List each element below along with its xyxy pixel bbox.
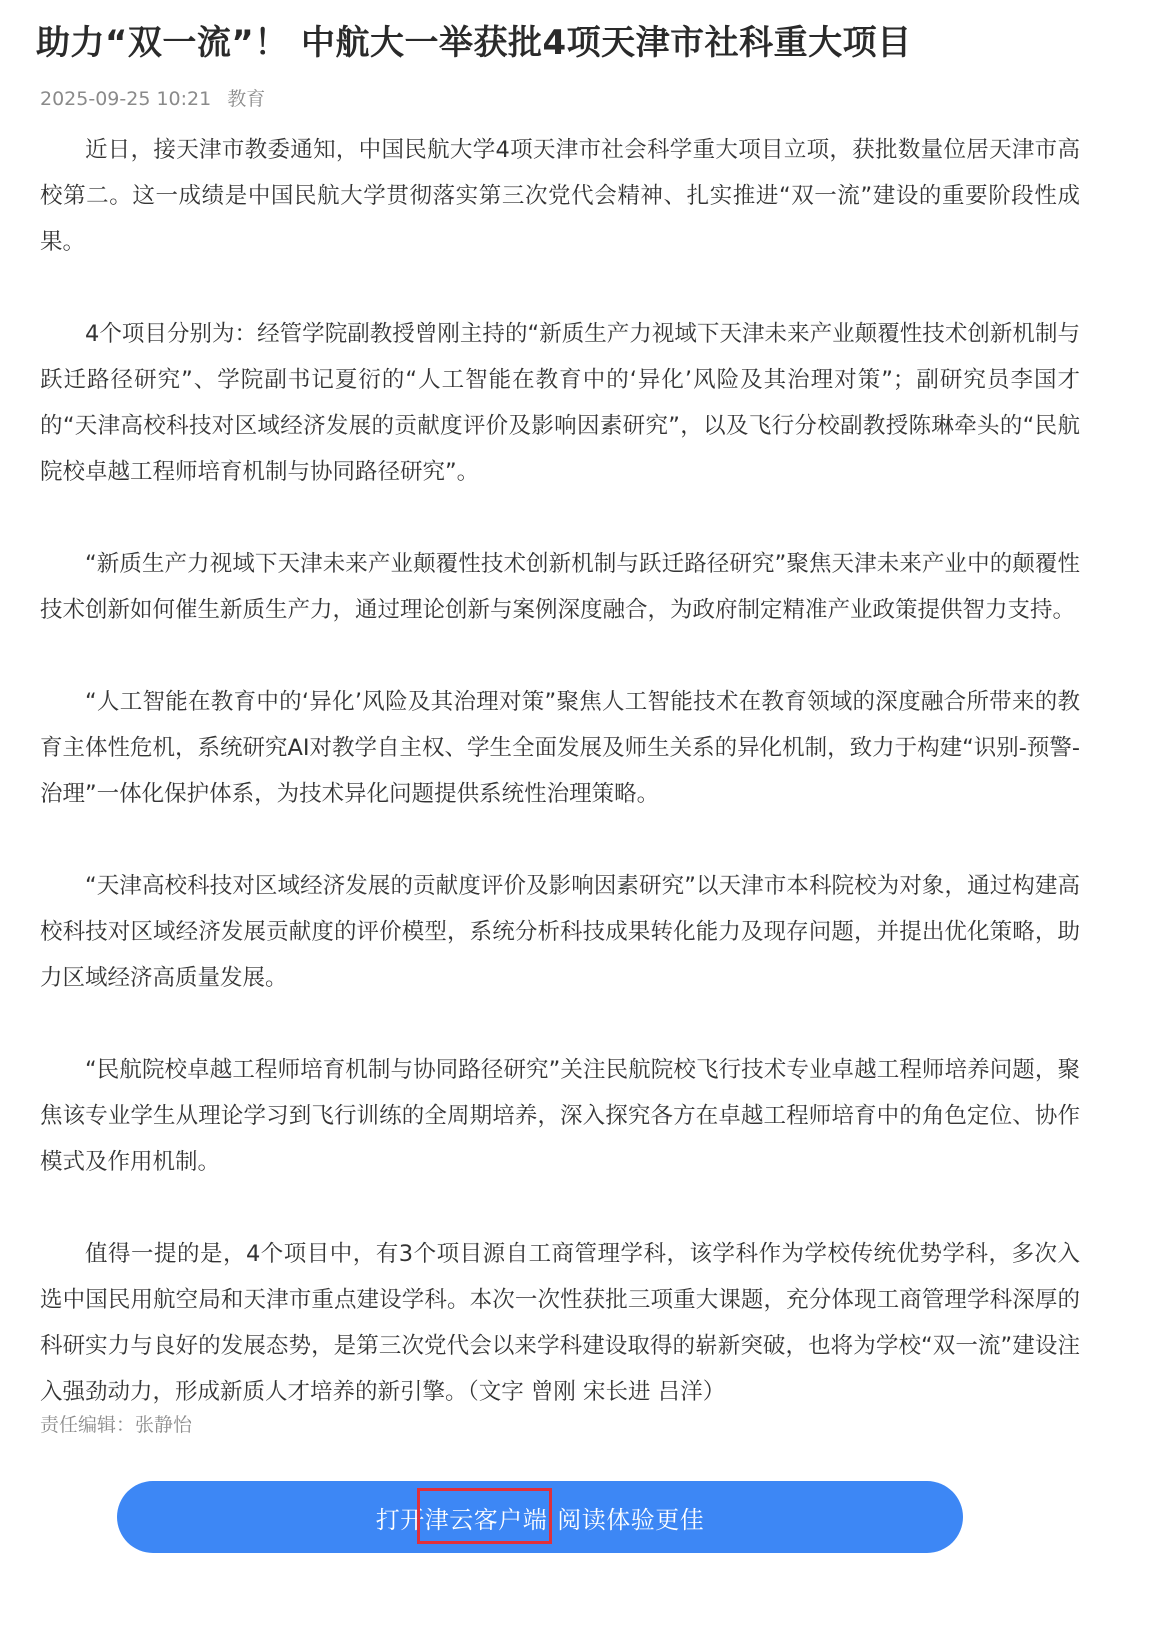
- cta-label-prefix: 打开: [376, 1500, 425, 1535]
- paragraph: 4个项目分别为：经管学院副教授曾刚主持的“新质生产力视域下天津未来产业颠覆性技术…: [40, 311, 1080, 495]
- paragraph: 近日，接天津市教委通知，中国民航大学4项天津市社会科学重大项目立项，获批数量位居…: [40, 127, 1080, 265]
- responsible-editor: 责任编辑：张静怡: [40, 1410, 192, 1440]
- publish-datetime: 2025-09-25 10:21: [40, 88, 211, 110]
- paragraph: “民航院校卓越工程师培育机制与协同路径研究”关注民航院校飞行技术专业卓越工程师培…: [40, 1047, 1080, 1185]
- paragraph: “新质生产力视域下天津未来产业颠覆性技术创新机制与跃迁路径研究”聚焦天津未来产业…: [40, 541, 1080, 633]
- article-title: 助力“双一流”！ 中航大一举获批4项天津市社科重大项目: [36, 18, 912, 68]
- cta-label-app-name: 津云客户端: [425, 1500, 548, 1535]
- article-meta: 2025-09-25 10:21教育: [40, 84, 265, 114]
- category-label[interactable]: 教育: [227, 88, 265, 110]
- paragraph: 值得一提的是，4个项目中，有3个项目源自工商管理学科，该学科作为学校传统优势学科…: [40, 1231, 1080, 1415]
- cta-label-suffix: 阅读体验更佳: [557, 1500, 704, 1535]
- open-app-button[interactable]: 打开津云客户端阅读体验更佳: [117, 1481, 963, 1553]
- paragraph: “人工智能在教育中的‘异化’风险及其治理对策”聚焦人工智能技术在教育领域的深度融…: [40, 679, 1080, 817]
- paragraph: “天津高校科技对区域经济发展的贡献度评价及影响因素研究”以天津市本科院校为对象，…: [40, 863, 1080, 1001]
- article-body: 近日，接天津市教委通知，中国民航大学4项天津市社会科学重大项目立项，获批数量位居…: [40, 127, 1080, 1461]
